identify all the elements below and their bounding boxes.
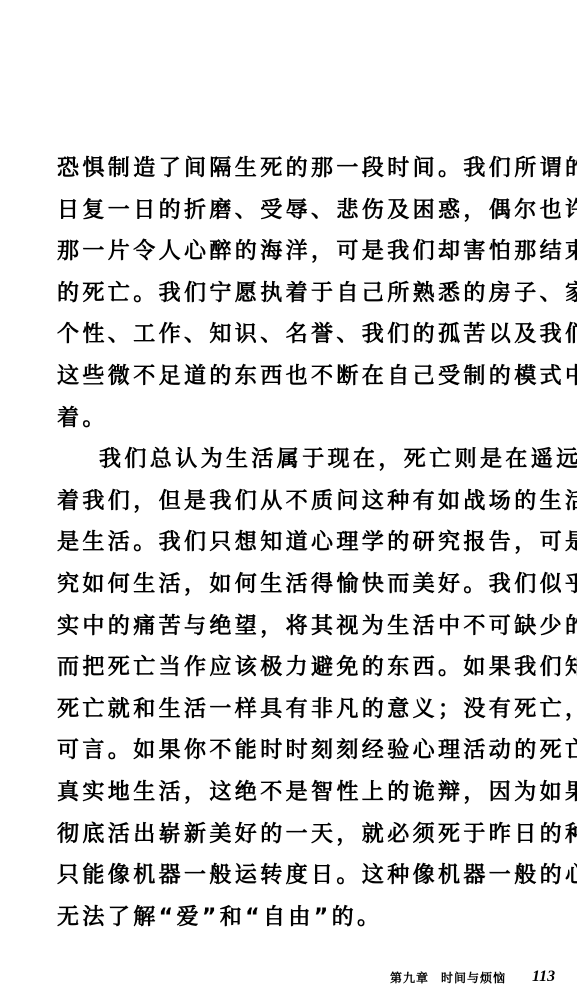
text-line: 彻底活出崭新美好的一天，就必须死于昨日的种种，否则你 [57, 814, 577, 856]
text-line: 真实地生活，这绝不是智性上的诡辩，因为如果你真的想要 [57, 772, 577, 814]
body-text: 恐惧制造了间隔生死的那一段时间。我们所谓的生命不过是 日复一日的折磨、受辱、悲伤… [57, 148, 577, 938]
paragraph-start-line: 我们总认为生活属于现在，死亡则是在遥远的未来等候 [57, 439, 577, 481]
text-line: 那一片令人心醉的海洋，可是我们却害怕那结束这悲惨命运 [57, 231, 577, 273]
text-line: 无法了解“爱”和“自由”的。 [57, 897, 577, 939]
text-line: 只能像机器一般运转度日。这种像机器一般的心智，是永远 [57, 855, 577, 897]
text-line: 可言。如果你不能时时刻刻经验心理活动的死亡，就不可能 [57, 730, 577, 772]
text-line: 个性、工作、知识、名誉、我们的孤苦以及我们的神明，而 [57, 314, 577, 356]
text-line: 日复一日的折磨、受辱、悲伤及困惑，偶尔也许会瞥见窗外 [57, 190, 577, 232]
text-line: 着。 [57, 398, 577, 440]
book-page: 恐惧制造了间隔生死的那一段时间。我们所谓的生命不过是 日复一日的折磨、受辱、悲伤… [0, 0, 577, 992]
text-line: 的死亡。我们宁愿执着于自己所熟悉的房子、家具、家庭、 [57, 273, 577, 315]
text-line: 恐惧制造了间隔生死的那一段时间。我们所谓的生命不过是 [57, 148, 577, 190]
text-line: 死亡就和生活一样具有非凡的意义；没有死亡，就没有生活 [57, 689, 577, 731]
text-line: 而把死亡当作应该极力避免的东西。如果我们知道如何生活， [57, 647, 577, 689]
chapter-label: 第九章 [390, 969, 429, 986]
page-footer: 第九章 时间与烦恼 113 [390, 966, 577, 988]
text-line: 实中的痛苦与绝望，将其视为生活中不可缺少的一环，却反 [57, 606, 577, 648]
text-line: 是生活。我们只想知道心理学的研究报告，可是我们从不探 [57, 522, 577, 564]
text-line: 这些微不足道的东西也不断在自己受制的模式中痛苦地存在 [57, 356, 577, 398]
page-number: 113 [532, 968, 555, 986]
text-line: 究如何生活，如何生活得愉快而美好。我们似乎已经接纳现 [57, 564, 577, 606]
text-line: 着我们，但是我们从不质问这种有如战场的生活究竟算不算 [57, 481, 577, 523]
chapter-title: 时间与烦恼 [441, 969, 506, 986]
